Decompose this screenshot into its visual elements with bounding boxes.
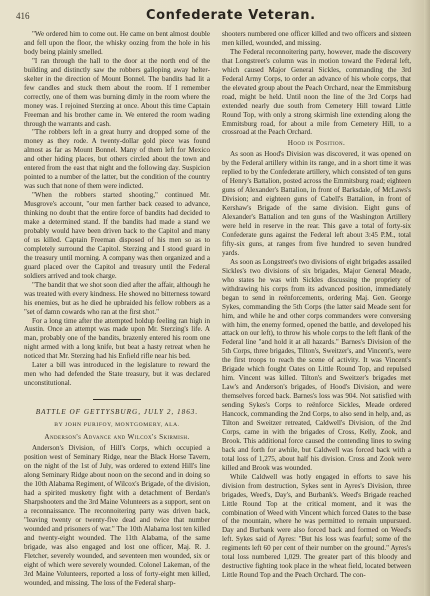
paragraph: Later a bill was introduced in the legis… bbox=[24, 361, 210, 388]
paragraph: "We ordered him to come out. He came on … bbox=[24, 30, 210, 57]
paragraph: As soon as Hood's Division was discovere… bbox=[222, 150, 411, 257]
left-column: "We ordered him to come out. He came on … bbox=[24, 30, 210, 588]
paragraph: shooters numbered one officer killed and… bbox=[222, 30, 411, 48]
page-edge-shadow bbox=[424, 0, 430, 596]
paragraph: "I ran through the hall to the door at t… bbox=[24, 57, 210, 129]
article-byline: BY JOHN PURIFOY, MONTGOMERY, ALA. bbox=[24, 421, 210, 430]
paragraph: "The robbers left in a great hurry and d… bbox=[24, 128, 210, 191]
paragraph: As soon as Longstreet's two divisions of… bbox=[222, 258, 411, 473]
section-subhead: Hood in Position. bbox=[222, 139, 411, 148]
paragraph: The Federal reconnoitering party, howeve… bbox=[222, 48, 411, 138]
page-header: 416 Confederate Veteran. bbox=[16, 8, 416, 24]
section-divider bbox=[93, 399, 141, 400]
right-column: shooters numbered one officer killed and… bbox=[222, 30, 411, 580]
magazine-page: 416 Confederate Veteran. "We ordered him… bbox=[0, 0, 430, 596]
article-subhead: Anderson's Advance and Wilcox's Skirmish… bbox=[24, 433, 210, 442]
paragraph: Anderson's Division, of Hill's Corps, wh… bbox=[24, 444, 210, 587]
page-number: 416 bbox=[16, 11, 30, 21]
masthead-title: Confederate Veteran. bbox=[146, 8, 316, 23]
paragraph: For a long time after the attempted hold… bbox=[24, 317, 210, 362]
paragraph: While Caldwell was hotly engaged in effo… bbox=[222, 473, 411, 580]
article-title: BATTLE OF GETTYSBURG, JULY 2, 1863. bbox=[24, 408, 210, 417]
paragraph: "The bandit that we shot soon died after… bbox=[24, 281, 210, 317]
paragraph: "When the robbers started shooting," con… bbox=[24, 191, 210, 281]
